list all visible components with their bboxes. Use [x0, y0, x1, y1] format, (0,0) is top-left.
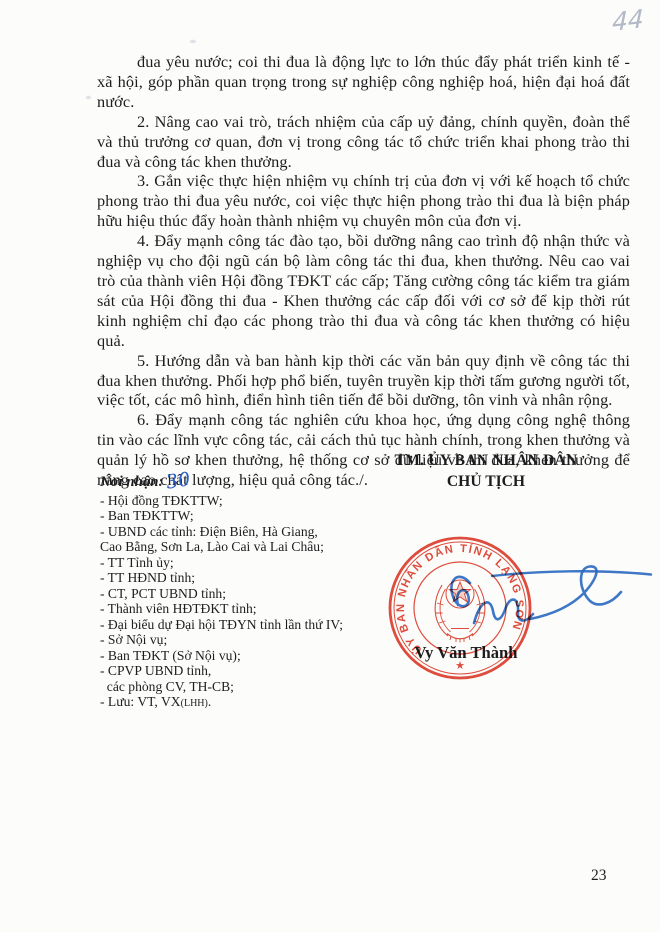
signature-block: TM. ỦY BAN NHÂN DÂN CHỦ TỊCH Vy Văn Thàn… [355, 452, 617, 667]
scanned-document-page: 44 đua yêu nước; coi thi đua là động lực… [0, 0, 660, 932]
page-number: 23 [591, 867, 607, 885]
recipients-label: Nơi nhận: [100, 474, 163, 490]
handwritten-corner-note: 44 [612, 6, 644, 35]
authority-line: TM. ỦY BAN NHÂN DÂN [355, 452, 617, 470]
luu-small-note: (LHH) [181, 698, 208, 709]
body-paragraph: 5. Hướng dẫn và ban hành kịp thời các vă… [97, 351, 630, 411]
scan-speck [86, 96, 91, 99]
signer-title: CHỦ TỊCH [355, 473, 617, 491]
signature-ink [430, 549, 654, 644]
body-paragraph: 3. Gắn việc thực hiện nhiệm vụ chính trị… [97, 171, 630, 231]
luu-end: . [208, 694, 211, 709]
recipient-item: các phòng CV, TH-CB; [100, 679, 405, 695]
recipient-item-luu: - Lưu: VT, VX(LHH). [100, 694, 405, 712]
body-paragraph: 2. Nâng cao vai trò, trách nhiệm của cấp… [97, 112, 630, 172]
body-paragraph: đua yêu nước; coi thi đua là động lực to… [97, 52, 630, 112]
scan-speck [190, 40, 196, 43]
seal-and-signature-zone: Vy Văn Thành ỦY BAN NHÂN DÂN TỈNH LẠNG S… [355, 491, 617, 667]
handwritten-copy-count: 30 [165, 470, 192, 493]
seal-bottom-star: ★ [455, 660, 465, 672]
body-paragraph: 4. Đẩy mạnh công tác đào tạo, bồi dưỡng … [97, 231, 630, 350]
luu-main: - Lưu: VT, VX [100, 694, 181, 709]
document-body: đua yêu nước; coi thi đua là động lực to… [97, 52, 630, 490]
